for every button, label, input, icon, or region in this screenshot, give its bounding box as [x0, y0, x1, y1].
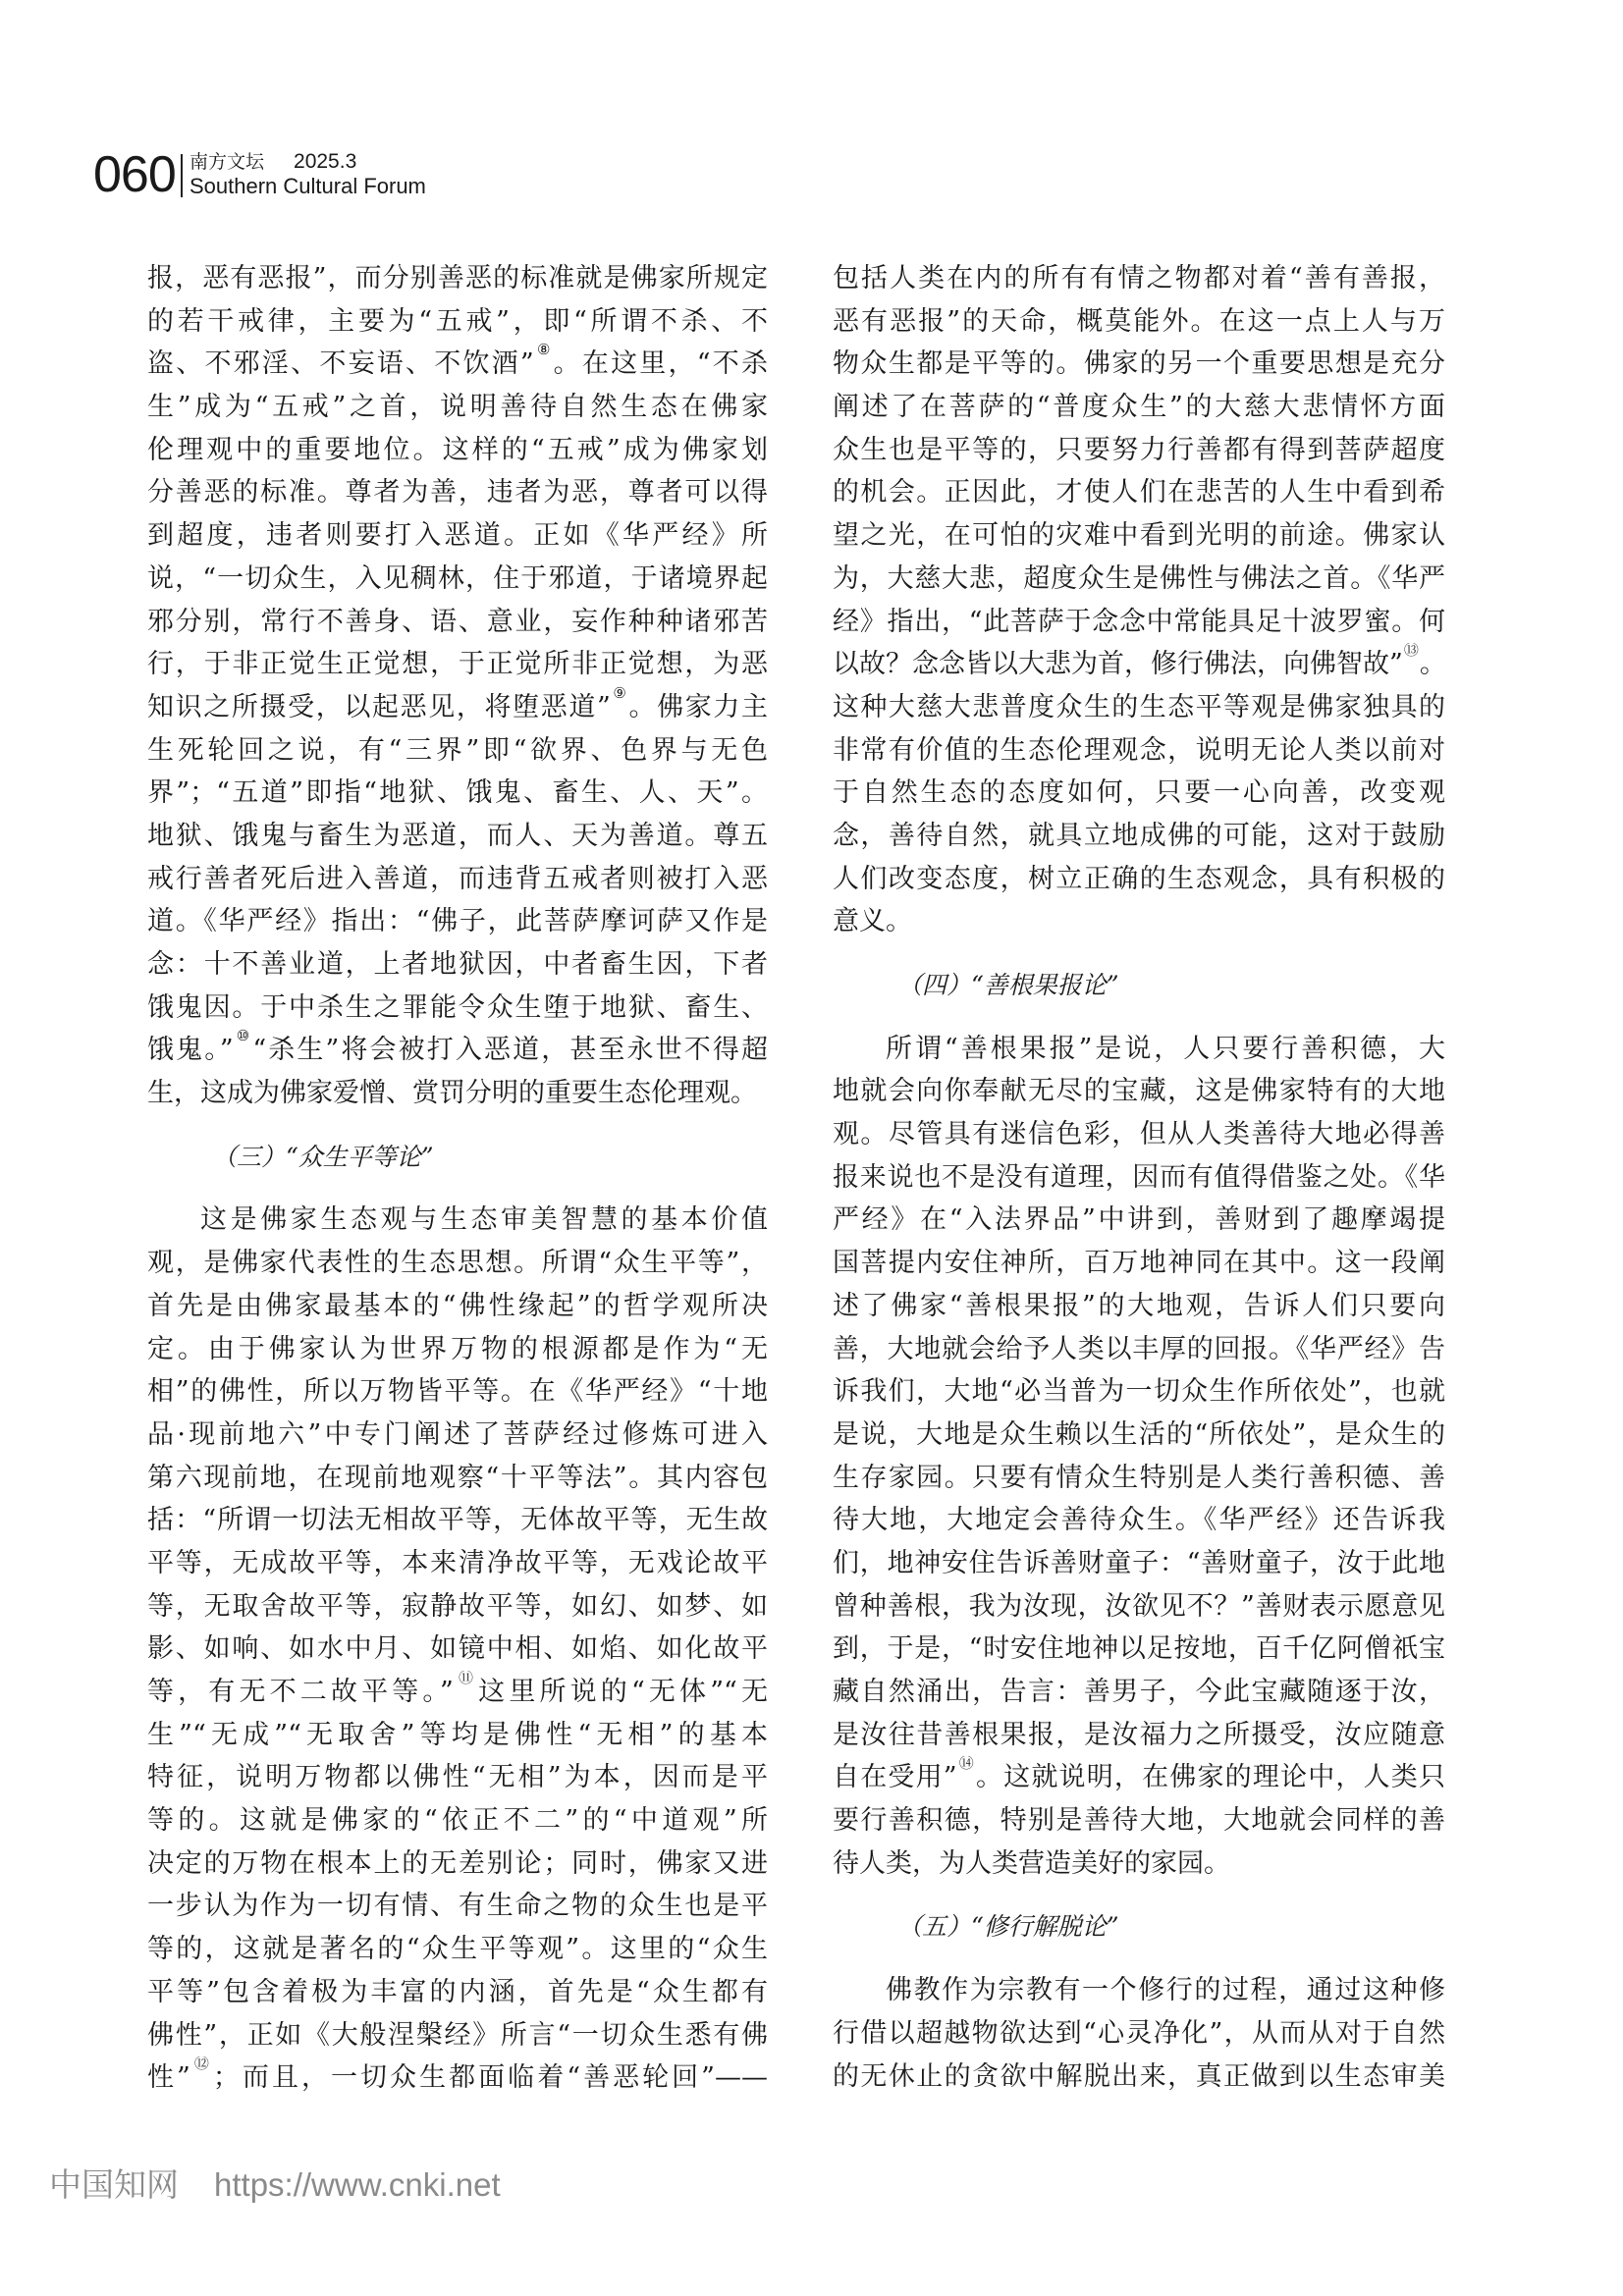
text-line: 待人类，为人类营造美好的家园。 [833, 1842, 1445, 1886]
journal-title-en: Southern Cultural Forum [189, 175, 426, 198]
text-line: 盗、不邪淫、不妄语、不饮酒”⑧。在这里，“不杀 [147, 343, 768, 386]
text-line: 国菩提内安住神所，百万地神同在其中。这一段阐 [833, 1242, 1445, 1285]
text-line: 生，这成为佛家爱憎、赏罚分明的重要生态伦理观。 [147, 1072, 768, 1115]
spacer [147, 1115, 768, 1136]
text-line: 行，于非正觉生正觉想，于正觉所非正觉想，为恶 [147, 643, 768, 686]
text-line: 藏自然涌出，告言：善男子，今此宝藏随逐于汝， [833, 1671, 1445, 1714]
text-line: 要行善积德，特别是善待大地，大地就会同样的善 [833, 1799, 1445, 1842]
footnote-marker[interactable]: ⑪ [455, 1671, 477, 1686]
text-line: 性”⑫；而且，一切众生都面临着“善恶轮回”—— [147, 2056, 768, 2100]
text-line: 经》指出，“此菩萨于念念中常能具足十波罗蜜。何 [833, 601, 1445, 644]
text-line: 说，“一切众生，入见稠林，住于邪道，于诸境界起 [147, 558, 768, 601]
text-line: 的无休止的贪欲中解脱出来，真正做到以生态审美 [833, 2056, 1445, 2099]
spacer [833, 943, 1445, 964]
text-line: 为，大慈大悲，超度众生是佛性与佛法之首。《华严 [833, 558, 1445, 601]
text-line: 的若干戒律，主要为“五戒”，即“所谓不杀、不 [147, 300, 768, 344]
text-line: 诉我们，大地“必当普为一切众生作所依处”，也就 [833, 1370, 1445, 1414]
text-line: 到，于是，“时安住地神以足按地，百千亿阿僧祇宝 [833, 1628, 1445, 1671]
right-column: 包括人类在内的所有有情之物都对着“善有善报， 恶有恶报”的天命，概莫能外。在这一… [833, 257, 1445, 2098]
issue-number: 2025.3 [294, 150, 356, 173]
text-line: 地狱、饿鬼与畜生为恶道，而人、天为善道。尊五 [147, 815, 768, 858]
text-line: 待大地，大地定会善待众生。《华严经》还告诉我 [833, 1499, 1445, 1542]
text-line: 分善恶的标准。尊者为善，违者为恶，尊者可以得 [147, 471, 768, 514]
footnote-marker[interactable]: ⑨ [612, 686, 628, 702]
text-line: 述了佛家“善根果报”的大地观，告诉人们只要向 [833, 1285, 1445, 1328]
text-line: 第六现前地，在现前地观察“十平等法”。其内容包 [147, 1457, 768, 1500]
text-line: 这种大慈大悲普度众生的生态平等观是佛家独具的 [833, 686, 1445, 729]
text-line: 括：“所谓一切法无相故平等，无体故平等，无生故 [147, 1499, 768, 1542]
text-line: 严经》在“入法界品”中讲到，善财到了趣摩竭提 [833, 1199, 1445, 1242]
text-line: 善，大地就会给予人类以丰厚的回报。《华严经》告 [833, 1328, 1445, 1371]
text-line: 饿鬼。”⑩“杀生”将会被打入恶道，甚至永世不得超 [147, 1029, 768, 1072]
text-line: 生”成为“五戒”之首，说明善待自然生态在佛家 [147, 386, 768, 429]
text-line: 到超度，违者则要打入恶道。正如《华严经》所 [147, 514, 768, 558]
text-line: 的机会。正因此，才使人们在悲苦的人生中看到希 [833, 471, 1445, 514]
text-line: 佛教作为宗教有一个修行的过程，通过这种修 [833, 1969, 1445, 2012]
text-line: 影、如响、如水中月、如镜中相、如焰、如化故平 [147, 1628, 768, 1671]
text-line: 道。《华严经》指出：“佛子，此菩萨摩诃萨又作是 [147, 900, 768, 943]
text-line: 以故？念念皆以大悲为首，修行佛法，向佛智故”⑬。 [833, 643, 1445, 686]
text-line: 报，恶有恶报”，而分别善恶的标准就是佛家所规定 [147, 257, 768, 300]
page-number: 060 [93, 147, 176, 202]
text-line: 饿鬼因。于中杀生之罪能令众生堕于地狱、畜生、 [147, 987, 768, 1030]
footnote-marker[interactable]: ⑭ [958, 1756, 975, 1772]
text-line: 自在受用”⑭。这就说明，在佛家的理论中，人类只 [833, 1756, 1445, 1799]
text-line: 是汝往昔善根果报，是汝福力之所摄受，汝应随意 [833, 1714, 1445, 1757]
text-line: 包括人类在内的所有有情之物都对着“善有善报， [833, 257, 1445, 300]
text-line: 伦理观中的重要地位。这样的“五戒”成为佛家划 [147, 429, 768, 472]
text-line: 物众生都是平等的。佛家的另一个重要思想是充分 [833, 343, 1445, 386]
footnote-marker[interactable]: ⑬ [1404, 643, 1419, 659]
text-line: 生存家园。只要有情众生特别是人类行善积德、善 [833, 1457, 1445, 1500]
header-divider [181, 154, 183, 197]
text-line: 非常有价值的生态伦理观念，说明无论人类以前对 [833, 729, 1445, 773]
text-line: 戒行善者死后进入善道，而违背五戒者则被打入恶 [147, 858, 768, 901]
text-line: 知识之所摄受，以起恶见，将堕恶道”⑨。佛家力主 [147, 686, 768, 729]
text-line: 界”；“五道”即指“地狱、饿鬼、畜生、人、天”。 [147, 772, 768, 815]
text-line: 望之光，在可怕的灾难中看到光明的前途。佛家认 [833, 514, 1445, 558]
text-line: 等的。这就是佛家的“依正不二”的“中道观”所 [147, 1799, 768, 1842]
text-line: 决定的万物在根本上的无差别论；同时，佛家又进 [147, 1842, 768, 1886]
text-line: 生死轮回之说，有“三界”即“欲界、色界与无色 [147, 729, 768, 773]
text-line: 曾种善根，我为汝现，汝欲见不？”善财表示愿意见 [833, 1585, 1445, 1629]
text-line: 地就会向你奉献无尽的宝藏，这是佛家特有的大地 [833, 1070, 1445, 1113]
text-line: 们，地神安住告诉善财童子：“善财童子，汝于此地 [833, 1542, 1445, 1585]
text-line: 首先是由佛家最基本的“佛性缘起”的哲学观所决 [147, 1285, 768, 1328]
text-line: 定。由于佛家认为世界万物的根源都是作为“无 [147, 1328, 768, 1371]
text-line: 众生也是平等的，只要努力行善都有得到菩萨超度 [833, 429, 1445, 472]
text-line: 这是佛家生态观与生态审美智慧的基本价值 [147, 1199, 768, 1242]
text-line: 报来说也不是没有道理，因而有值得借鉴之处。《华 [833, 1156, 1445, 1200]
text-line: 等，无取舍故平等，寂静故平等，如幻、如梦、如 [147, 1585, 768, 1629]
left-column: 报，恶有恶报”，而分别善恶的标准就是佛家所规定 的若干戒律，主要为“五戒”，即“… [147, 257, 768, 2100]
text-line: 念：十不善业道，上者地狱因，中者畜生因，下者 [147, 943, 768, 987]
section-heading-3: （三）“众生平等论” [147, 1136, 768, 1179]
spacer [833, 1949, 1445, 1969]
footnote-marker[interactable]: ⑩ [235, 1029, 252, 1044]
text-line: 等的，这就是著名的“众生平等观”。这里的“众生 [147, 1928, 768, 1971]
text-line: 特征，说明万物都以佛性“无相”为本，因而是平 [147, 1756, 768, 1799]
journal-name-cn: 南方文坛 [189, 151, 264, 173]
section-heading-4: （四）“善根果报论” [833, 964, 1445, 1007]
spacer [833, 1007, 1445, 1028]
cnki-logo-text: 中国知网 [49, 2165, 179, 2204]
text-line: 念，善待自然，就具立地成佛的可能，这对于鼓励 [833, 815, 1445, 858]
spacer [147, 1178, 768, 1199]
text-line: 等，有无不二故平等。”⑪这里所说的“无体”“无 [147, 1671, 768, 1714]
text-line: 是说，大地是众生赖以生活的“所依处”，是众生的 [833, 1414, 1445, 1457]
text-line: 平等”包含着极为丰富的内涵，首先是“众生都有 [147, 1971, 768, 2014]
text-line: 邪分别，常行不善身、语、意业，妄作种种诸邪苦 [147, 601, 768, 644]
text-line: 观。尽管具有迷信色彩，但从人类善待大地必得善 [833, 1113, 1445, 1156]
text-line: 平等，无成故平等，本来清净故平等，无戏论故平 [147, 1542, 768, 1585]
footnote-marker[interactable]: ⑫ [191, 2056, 212, 2072]
footnote-marker[interactable]: ⑧ [535, 343, 553, 358]
text-line: 恶有恶报”的天命，概莫能外。在这一点上人与万 [833, 300, 1445, 344]
text-line: 阐述了在菩萨的“普度众生”的大慈大悲情怀方面 [833, 386, 1445, 429]
text-line: 所谓“善根果报”是说，人只要行善积德，大 [833, 1028, 1445, 1071]
text-line: 生”“无成”“无取舍”等均是佛性“无相”的基本 [147, 1714, 768, 1757]
text-line: 人们改变态度，树立正确的生态观念，具有积极的 [833, 858, 1445, 901]
cnki-url[interactable]: https://www.cnki.net [214, 2166, 501, 2203]
text-line: 品·现前地六”中专门阐述了菩萨经过修炼可进入 [147, 1414, 768, 1457]
spacer [833, 1885, 1445, 1905]
text-line: 行借以超越物欲达到“心灵净化”，从而从对于自然 [833, 2012, 1445, 2056]
section-heading-5: （五）“修行解脱论” [833, 1905, 1445, 1949]
text-line: 一步认为作为一切有情、有生命之物的众生也是平 [147, 1885, 768, 1928]
text-line: 佛性”，正如《大般涅槃经》所言“一切众生悉有佛 [147, 2014, 768, 2057]
text-line: 于自然生态的态度如何，只要一心向善，改变观 [833, 772, 1445, 815]
text-line: 意义。 [833, 900, 1445, 943]
text-line: 相”的佛性，所以万物皆平等。在《华严经》“十地 [147, 1370, 768, 1414]
text-line: 观，是佛家代表性的生态思想。所谓“众生平等”， [147, 1242, 768, 1285]
watermark-footer: 中国知网https://www.cnki.net [49, 2160, 501, 2206]
journal-title-cn: 南方文坛2025.3 [189, 151, 356, 173]
